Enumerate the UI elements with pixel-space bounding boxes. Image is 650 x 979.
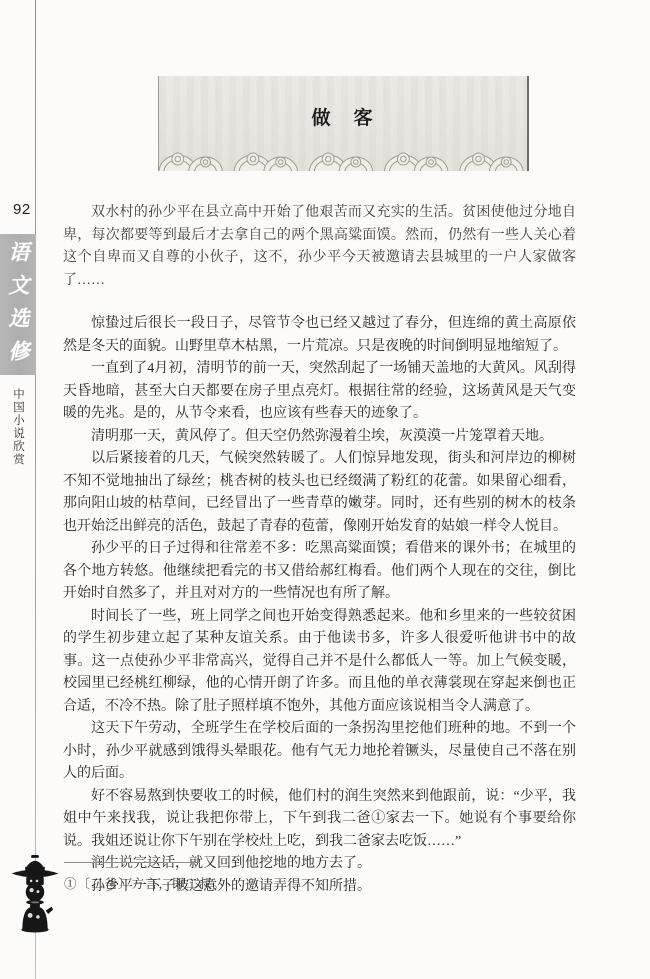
intro-paragraph: 双水村的孙少平在县立高中开始了他艰苦而又充实的生活。贫困使他过分地自卑，每次都要… xyxy=(63,202,576,292)
article-body: 双水村的孙少平在县立高中开始了他艰苦而又充实的生活。贫困使他过分地自卑，每次都要… xyxy=(63,202,576,898)
footnote-divider xyxy=(64,862,200,863)
series-banner: 语文选修 xyxy=(0,234,36,375)
footnote: ①〔二爸〕方言，即二叔。 xyxy=(64,874,226,892)
book-title-label: 中国小说欣赏 xyxy=(10,388,26,466)
body-paragraph: 惊蛰过后很长一段日子，尽管节令也已经又越过了春分，但连绵的黄土高原依然是冬天的面… xyxy=(63,313,576,358)
body-paragraph: 清明那一天，黄风停了。但天空仍然弥漫着尘埃，灰漠漠一片笼罩着天地。 xyxy=(63,426,576,449)
textbook-page: 92 语文选修 中国小说欣赏 做 客 xyxy=(0,0,650,979)
body-paragraph: 这天下午劳动，全班学生在学校后面的一条拐沟里挖他们班种的地。不到一个小时，孙少平… xyxy=(63,718,576,786)
body-paragraph: 以后紧接着的几天，气候突然转暖了。人们惊异地发现，街头和河岸边的柳树不知不觉地抽… xyxy=(63,448,576,538)
book-title-vertical: 中国小说欣赏 xyxy=(0,388,36,466)
kerosene-lantern-icon xyxy=(10,855,60,933)
body-paragraph: 一直到了4月初，清明节的前一天，突然刮起了一场铺天盖地的大黄风。风刮得天昏地暗，… xyxy=(63,358,576,426)
page-number: 92 xyxy=(13,201,31,218)
cloud-wave-border-icon xyxy=(159,145,527,171)
body-paragraph: 好不容易熬到快要收工的时候，他们村的润生突然来到他跟前，说：“少平，我姐中午来找… xyxy=(63,786,576,854)
body-paragraph: 润生说完这话，就又回到他挖地的地方去了。 xyxy=(63,853,576,876)
margin-rule xyxy=(35,0,36,979)
body-paragraph: 孙少平的日子过得和往常差不多：吃黑高粱面馍；看借来的课外书；在城里的各个地方转悠… xyxy=(63,538,576,606)
body-paragraph: 时间长了一些，班上同学之间也开始变得熟悉起来。他和乡里来的一些较贫困的学生初步建… xyxy=(63,606,576,719)
series-title-vertical: 语文选修 xyxy=(0,234,36,373)
chapter-header: 做 客 xyxy=(158,76,529,171)
chapter-title: 做 客 xyxy=(159,103,527,130)
